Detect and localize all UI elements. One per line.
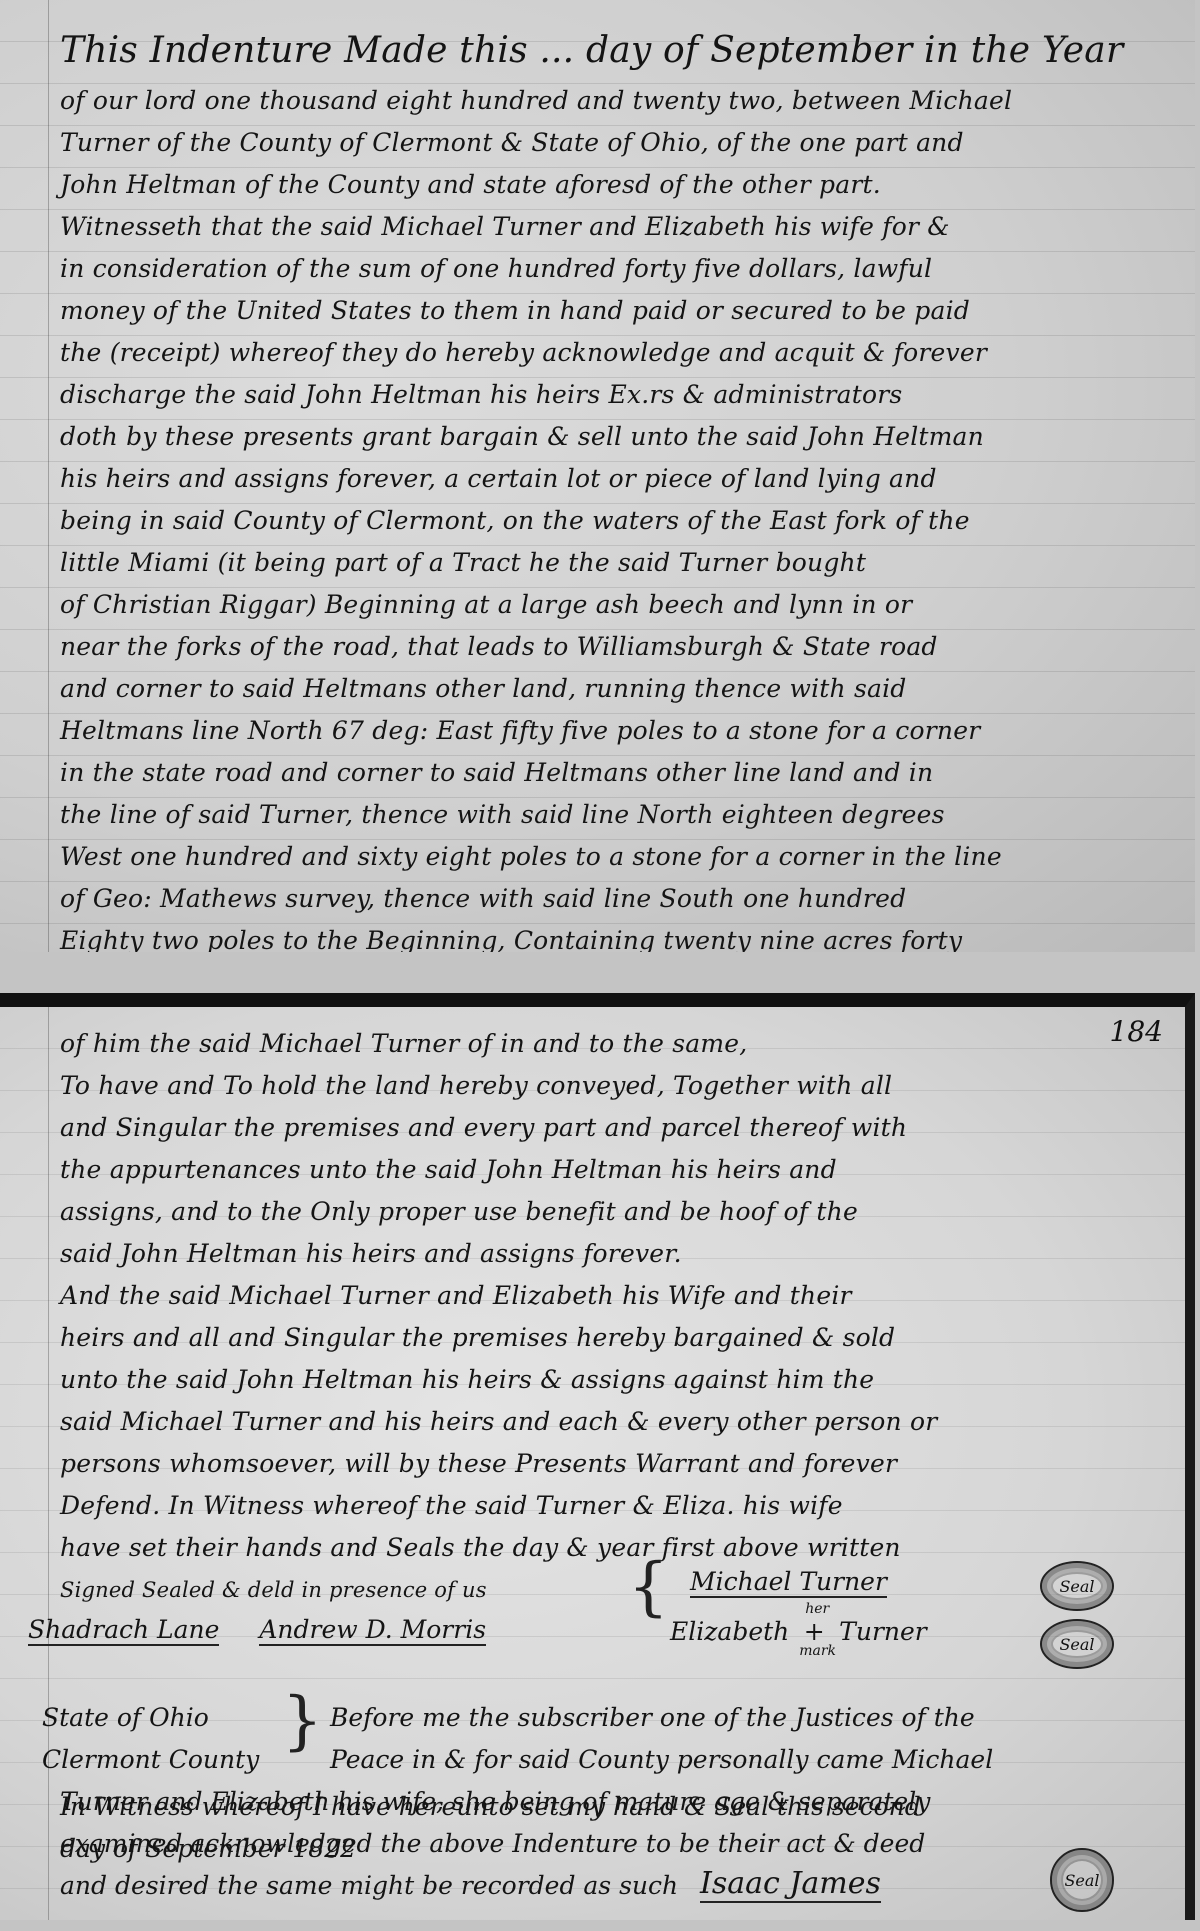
her-label: her bbox=[805, 1601, 829, 1617]
text-line: of our lord one thousand eight hundred a… bbox=[60, 80, 1177, 122]
signature-elizabeth-first: Elizabeth bbox=[670, 1617, 789, 1646]
deed-page-1: This Indenture Made this ... day of Sept… bbox=[0, 0, 1195, 952]
signature-michael-turner: Michael Turner bbox=[690, 1567, 887, 1598]
text-line: have set their hands and Seals the day &… bbox=[60, 1527, 1167, 1569]
text-line: his heirs and assigns forever, a certain… bbox=[60, 458, 1177, 500]
witness-signatures: Shadrach Lane Andrew D. Morris bbox=[28, 1615, 486, 1644]
venue-state: State of Ohio bbox=[42, 1697, 259, 1739]
signature-elizabeth-last: Turner bbox=[839, 1617, 927, 1646]
text-line: Turner of the County of Clermont & State… bbox=[60, 122, 1177, 164]
signature-mark: + bbox=[804, 1617, 825, 1646]
signature-isaac-james: Isaac James bbox=[700, 1866, 881, 1903]
text-line: in the state road and corner to said Hel… bbox=[60, 752, 1177, 794]
text-line: in consideration of the sum of one hundr… bbox=[60, 248, 1177, 290]
text-line: unto the said John Heltman his heirs & a… bbox=[60, 1359, 1167, 1401]
deed-opening-line: This Indenture Made this ... day of Sept… bbox=[60, 22, 1177, 80]
page-2-text: of him the said Michael Turner of in and… bbox=[60, 1023, 1167, 1611]
witness-signature-2: Andrew D. Morris bbox=[259, 1615, 486, 1646]
seal-elizabeth: Seal bbox=[1040, 1619, 1114, 1669]
text-line: money of the United States to them in ha… bbox=[60, 290, 1177, 332]
text-line: being in said County of Clermont, on the… bbox=[60, 500, 1177, 542]
text-line: And the said Michael Turner and Elizabet… bbox=[60, 1275, 1167, 1317]
text-line: heirs and all and Singular the premises … bbox=[60, 1317, 1167, 1359]
text-line: and corner to said Heltmans other land, … bbox=[60, 668, 1177, 710]
text-line: little Miami (it being part of a Tract h… bbox=[60, 542, 1177, 584]
text-line: John Heltman of the County and state afo… bbox=[60, 164, 1177, 206]
text-line: the line of said Turner, thence with sai… bbox=[60, 794, 1177, 836]
ack-line: In Witness whereof I have hereunto set m… bbox=[60, 1786, 921, 1828]
ack-line: Before me the subscriber one of the Just… bbox=[330, 1697, 993, 1739]
ack-line: Peace in & for said County personally ca… bbox=[330, 1739, 993, 1781]
justice-signature-block: Isaac James bbox=[700, 1866, 881, 1901]
signature-brace: { bbox=[628, 1555, 669, 1619]
venue-block: State of Ohio Clermont County bbox=[42, 1697, 259, 1781]
text-line: of Geo: Mathews survey, thence with said… bbox=[60, 878, 1177, 920]
ack-line: day of September 1822 bbox=[60, 1828, 921, 1870]
text-line: persons whomsoever, will by these Presen… bbox=[60, 1443, 1167, 1485]
witness-signature-1: Shadrach Lane bbox=[28, 1615, 219, 1646]
text-line: of him the said Michael Turner of in and… bbox=[60, 1023, 1167, 1065]
venue-county: Clermont County bbox=[42, 1739, 259, 1781]
text-line: assigns, and to the Only proper use bene… bbox=[60, 1191, 1167, 1233]
text-line: the (receipt) whereof they do hereby ack… bbox=[60, 332, 1177, 374]
text-line: doth by these presents grant bargain & s… bbox=[60, 416, 1177, 458]
seal-justice: Seal bbox=[1050, 1848, 1114, 1912]
venue-brace: } bbox=[282, 1689, 323, 1753]
text-line: Signed Sealed & deld in presence of us bbox=[60, 1569, 1167, 1611]
grantor-signature-michael: Michael Turner bbox=[690, 1567, 887, 1596]
mark-label: mark bbox=[799, 1643, 836, 1659]
text-line: Defend. In Witness whereof the said Turn… bbox=[60, 1485, 1167, 1527]
text-line: said Michael Turner and his heirs and ea… bbox=[60, 1401, 1167, 1443]
text-line: near the forks of the road, that leads t… bbox=[60, 626, 1177, 668]
text-line: and Singular the premises and every part… bbox=[60, 1107, 1167, 1149]
text-line: the appurtenances unto the said John Hel… bbox=[60, 1149, 1167, 1191]
grantor-signature-elizabeth: Elizabeth her + mark Turner bbox=[670, 1617, 927, 1646]
text-line: To have and To hold the land hereby conv… bbox=[60, 1065, 1167, 1107]
attestation-lines: In Witness whereof I have hereunto set m… bbox=[60, 1786, 921, 1870]
text-line: Witnesseth that the said Michael Turner … bbox=[60, 206, 1177, 248]
text-line: of Christian Riggar) Beginning at a larg… bbox=[60, 584, 1177, 626]
text-line: West one hundred and sixty eight poles t… bbox=[60, 836, 1177, 878]
text-line: Heltmans line North 67 deg: East fifty f… bbox=[60, 710, 1177, 752]
seal-michael: Seal bbox=[1040, 1561, 1114, 1611]
text-line: said John Heltman his heirs and assigns … bbox=[60, 1233, 1167, 1275]
text-line: Eighty two poles to the Beginning, Conta… bbox=[60, 920, 1177, 952]
acknowledgment-text: Before me the subscriber one of the Just… bbox=[330, 1697, 993, 1781]
page-1-text: This Indenture Made this ... day of Sept… bbox=[60, 22, 1177, 952]
text-line: discharge the said John Heltman his heir… bbox=[60, 374, 1177, 416]
deed-page-2: 184 of him the said Michael Turner of in… bbox=[0, 993, 1195, 1920]
